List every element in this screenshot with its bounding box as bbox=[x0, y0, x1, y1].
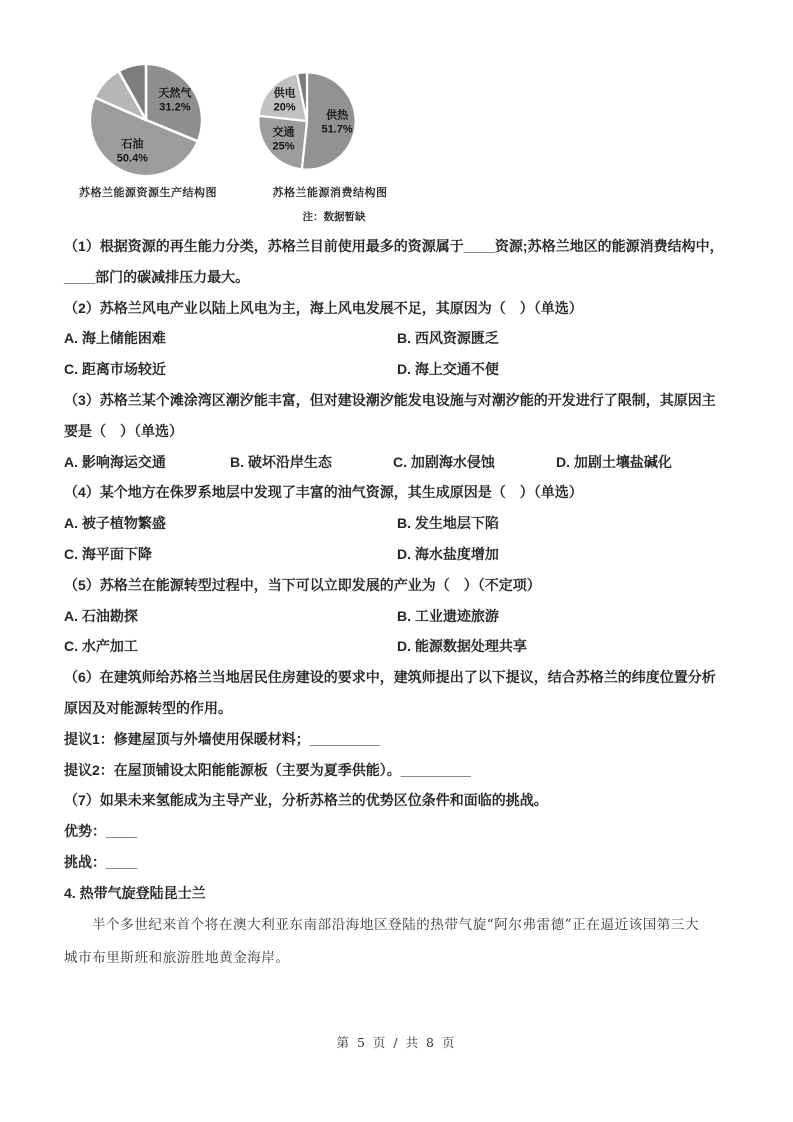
pie-slice-label: 天然气31.2% bbox=[158, 86, 191, 115]
option-item: A. 影响海运交通 bbox=[64, 447, 230, 478]
option-item: B. 工业遗迹旅游 bbox=[397, 601, 732, 632]
document-page: 天然气31.2%石油50.4% 供热51.7%交通25%供电20% 苏格兰能源资… bbox=[0, 0, 793, 1122]
text-line: 要是（ ）（单选） bbox=[64, 416, 732, 447]
text-line: 提议2：在屋顶铺设太阳能能源板（主要为夏季供能）。_________ bbox=[64, 755, 732, 786]
text-line: 半个多世纪来首个将在澳大利亚东南部沿海地区登陆的热带气旋“阿尔弗雷德”正在逼近该… bbox=[64, 909, 732, 942]
option-item: C. 加剧海水侵蚀 bbox=[393, 447, 556, 478]
text-line: 优势：____ bbox=[64, 816, 732, 847]
option-item: D. 加剧土壤盐碱化 bbox=[556, 447, 732, 478]
consumption-pie-caption: 苏格兰能源消费结构图 bbox=[246, 184, 414, 200]
question-body: （1）根据资源的再生能力分类，苏格兰目前使用最多的资源属于____资源;苏格兰地… bbox=[64, 231, 732, 975]
options-row: A. 石油勘探B. 工业遗迹旅游 bbox=[64, 601, 732, 632]
option-item: B. 发生地层下陷 bbox=[397, 508, 732, 539]
page-footer: 第 5 页 / 共 8 页 bbox=[0, 1033, 793, 1051]
text-line: 4. 热带气旋登陆昆士兰 bbox=[64, 878, 732, 909]
text-line: （1）根据资源的再生能力分类，苏格兰目前使用最多的资源属于____资源;苏格兰地… bbox=[64, 231, 732, 262]
text-line: 提议1：修建屋顶与外墙使用保暖材料；_________ bbox=[64, 724, 732, 755]
options-row: A. 海上储能困难B. 西风资源匮乏 bbox=[64, 323, 732, 354]
options-row: C. 距离市场较近D. 海上交通不便 bbox=[64, 354, 732, 385]
consumption-pie-figure: 供热51.7%交通25%供电20% bbox=[255, 69, 359, 173]
option-item: C. 海平面下降 bbox=[64, 539, 397, 570]
option-item: A. 被子植物繁盛 bbox=[64, 508, 397, 539]
option-item: D. 能源数据处理共享 bbox=[397, 631, 732, 662]
option-item: D. 海水盐度增加 bbox=[397, 539, 732, 570]
text-line: 挑战：____ bbox=[64, 847, 732, 878]
option-item: C. 水产加工 bbox=[64, 631, 397, 662]
option-item: B. 西风资源匮乏 bbox=[397, 323, 732, 354]
pie-slice-label: 供电20% bbox=[274, 86, 296, 115]
pie-slice-label: 石油50.4% bbox=[117, 138, 148, 167]
option-item: B. 破坏沿岸生态 bbox=[230, 447, 393, 478]
production-pie-figure: 天然气31.2%石油50.4% bbox=[86, 60, 206, 180]
option-item: C. 距离市场较近 bbox=[64, 354, 397, 385]
options-row: C. 水产加工D. 能源数据处理共享 bbox=[64, 631, 732, 662]
options-row: C. 海平面下降D. 海水盐度增加 bbox=[64, 539, 732, 570]
text-line: （3）苏格兰某个滩涂湾区潮汐能丰富，但对建设潮汐能发电设施与对潮汐能的开发进行了… bbox=[64, 385, 732, 416]
text-line: （7）如果未来氢能成为主导产业，分析苏格兰的优势区位条件和面临的挑战。 bbox=[64, 785, 732, 816]
text-line: ____部门的碳减排压力最大。 bbox=[64, 262, 732, 293]
text-line: （6）在建筑师给苏格兰当地居民住房建设的要求中，建筑师提出了以下提议，结合苏格兰… bbox=[64, 662, 732, 693]
text-line: （5）苏格兰在能源转型过程中，当下可以立即发展的产业为（ ）（不定项） bbox=[64, 570, 732, 601]
options-row: A. 影响海运交通B. 破坏沿岸生态C. 加剧海水侵蚀D. 加剧土壤盐碱化 bbox=[64, 447, 732, 478]
option-item: A. 石油勘探 bbox=[64, 601, 397, 632]
options-row: A. 被子植物繁盛B. 发生地层下陷 bbox=[64, 508, 732, 539]
chart-note: 注：数据暂缺 bbox=[254, 209, 414, 224]
pie-slice-label: 供热51.7% bbox=[322, 108, 353, 137]
option-item: A. 海上储能困难 bbox=[64, 323, 397, 354]
pie-slice-label: 交通25% bbox=[273, 126, 295, 155]
text-line: 原因及对能源转型的作用。 bbox=[64, 693, 732, 724]
option-item: D. 海上交通不便 bbox=[397, 354, 732, 385]
text-line: （4）某个地方在侏罗系地层中发现了丰富的油气资源，其生成原因是（ ）（单选） bbox=[64, 477, 732, 508]
text-line: 城市布里斯班和旅游胜地黄金海岸。 bbox=[64, 942, 732, 975]
text-line: （2）苏格兰风电产业以陆上风电为主，海上风电发展不足，其原因为（ ）（单选） bbox=[64, 293, 732, 324]
production-pie-caption: 苏格兰能源资源生产结构图 bbox=[64, 184, 232, 200]
